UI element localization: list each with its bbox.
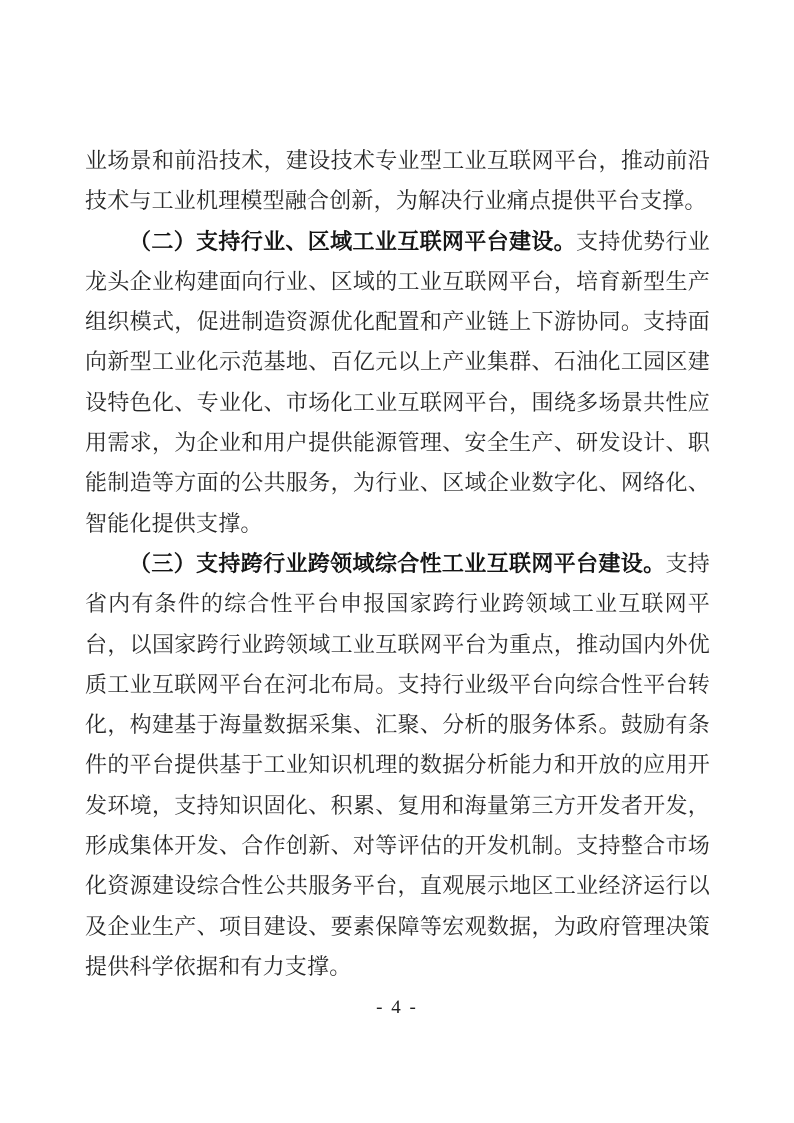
page-footer: - 4 -	[0, 997, 794, 1019]
document-body: 业场景和前沿技术，建设技术专业型工业互联网平台，推动前沿技术与工业机理模型融合创…	[85, 0, 710, 987]
document-page: 业场景和前沿技术，建设技术专业型工业互联网平台，推动前沿技术与工业机理模型融合创…	[0, 0, 794, 1123]
section-3-heading: （三）支持跨行业跨领域综合性工业互联网平台建设。	[129, 551, 665, 576]
paragraph-continuation: 业场景和前沿技术，建设技术专业型工业互联网平台，推动前沿技术与工业机理模型融合创…	[85, 141, 710, 222]
paragraph-section-2: （二）支持行业、区域工业互联网平台建设。支持优势行业龙头企业构建面向行业、区域的…	[85, 222, 710, 544]
paragraph-text: 支持优势行业龙头企业构建面向行业、区域的工业互联网平台，培育新型生产组织模式，促…	[85, 229, 710, 536]
paragraph-section-3: （三）支持跨行业跨领域综合性工业互联网平台建设。支持省内有条件的综合性平台申报国…	[85, 544, 710, 987]
page-number: - 4 -	[376, 997, 418, 1018]
section-2-heading: （二）支持行业、区域工业互联网平台建设。	[129, 229, 576, 254]
paragraph-text: 业场景和前沿技术，建设技术专业型工业互联网平台，推动前沿技术与工业机理模型融合创…	[85, 148, 710, 213]
paragraph-text: 支持省内有条件的综合性平台申报国家跨行业跨领域工业互联网平台，以国家跨行业跨领域…	[85, 551, 710, 979]
